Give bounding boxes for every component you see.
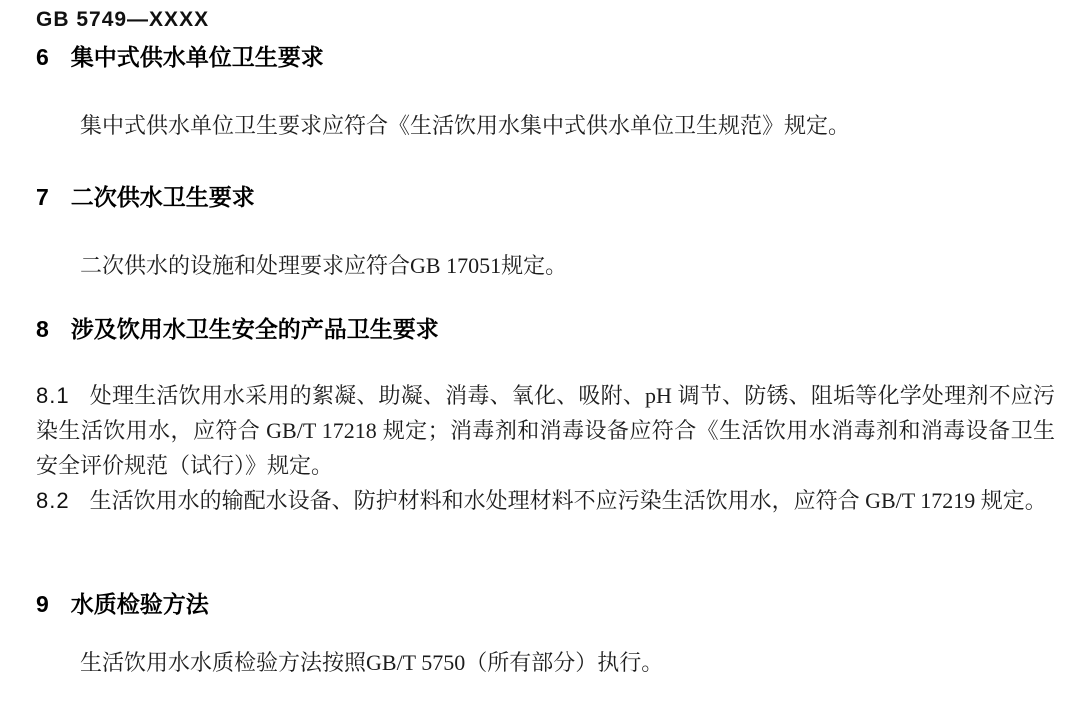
clause-8-1-text: 处理生活饮用水采用的絮凝、助凝、消毒、氧化、吸附、pH 调节、防锈、阻垢等化学处…	[36, 383, 1055, 478]
clause-8-2: 8.2生活饮用水的输配水设备、防护材料和水处理材料不应污染生活饮用水，应符合 G…	[36, 483, 1055, 518]
section-9-number: 9	[36, 587, 49, 622]
section-7-title: 二次供水卫生要求	[71, 184, 255, 210]
document-page: GB 5749—XXXX 6集中式供水单位卫生要求 集中式供水单位卫生要求应符合…	[0, 0, 1080, 710]
section-8-title: 涉及饮用水卫生安全的产品卫生要求	[71, 316, 439, 342]
section-6-heading: 6集中式供水单位卫生要求	[36, 40, 1055, 75]
section-6-title: 集中式供水单位卫生要求	[71, 44, 324, 70]
section-8-number: 8	[36, 312, 49, 347]
section-7-number: 7	[36, 180, 49, 215]
clause-8-1-number: 8.1	[36, 383, 70, 408]
section-9-title: 水质检验方法	[71, 591, 209, 617]
section-9-paragraph: 生活饮用水水质检验方法按照GB/T 5750（所有部分）执行。	[36, 645, 1055, 680]
clause-8-1: 8.1处理生活饮用水采用的絮凝、助凝、消毒、氧化、吸附、pH 调节、防锈、阻垢等…	[36, 378, 1055, 483]
clause-8-2-text: 生活饮用水的输配水设备、防护材料和水处理材料不应污染生活饮用水，应符合 GB/T…	[90, 488, 1047, 513]
doc-code: GB 5749—XXXX	[36, 2, 1055, 37]
section-7-paragraph: 二次供水的设施和处理要求应符合GB 17051规定。	[36, 248, 1055, 283]
clause-8-2-number: 8.2	[36, 488, 70, 513]
section-6-number: 6	[36, 40, 49, 75]
section-9-heading: 9水质检验方法	[36, 587, 1055, 622]
section-6-paragraph: 集中式供水单位卫生要求应符合《生活饮用水集中式供水单位卫生规范》规定。	[36, 108, 1055, 143]
section-7-heading: 7二次供水卫生要求	[36, 180, 1055, 215]
section-8-heading: 8涉及饮用水卫生安全的产品卫生要求	[36, 312, 1055, 347]
